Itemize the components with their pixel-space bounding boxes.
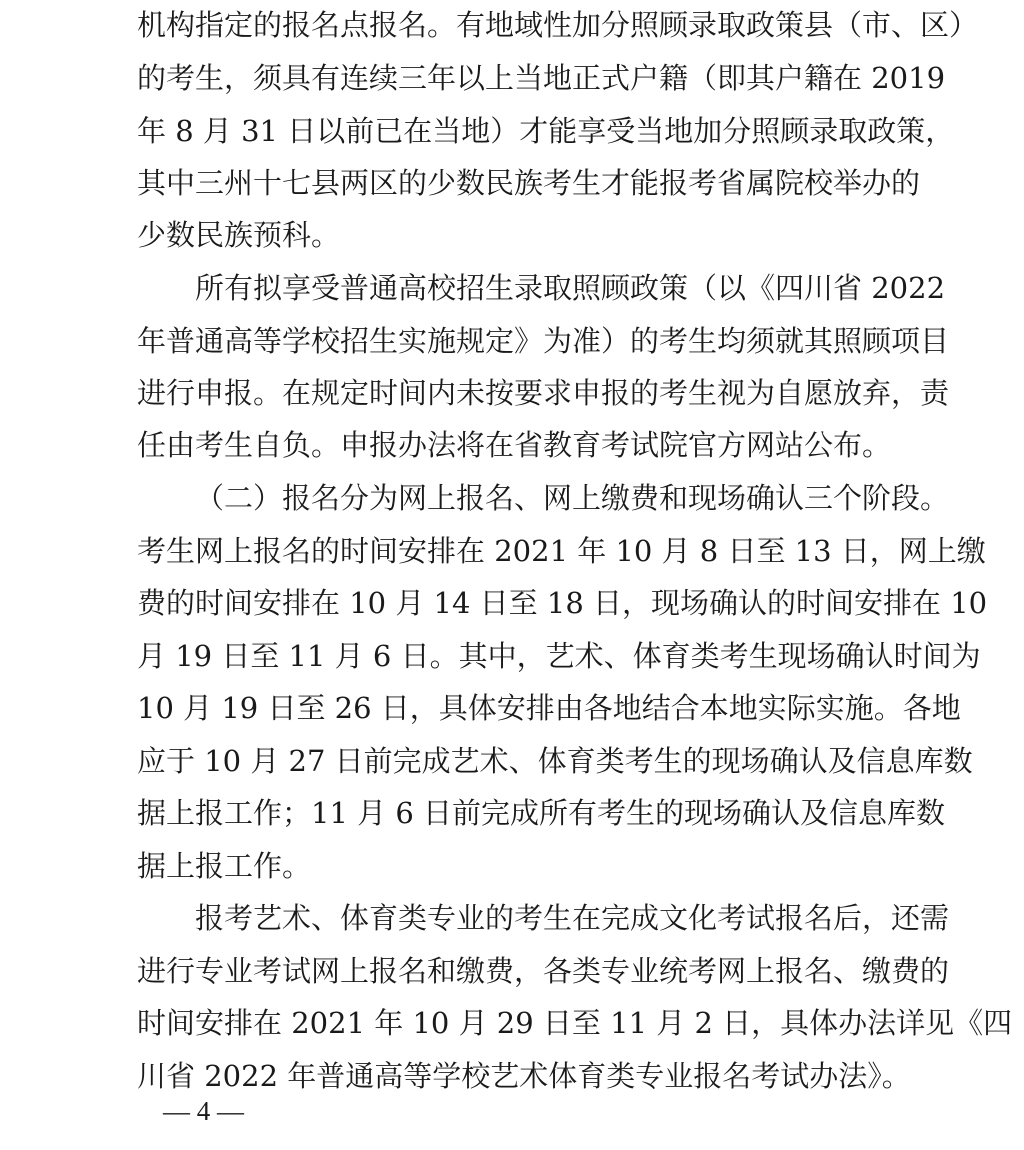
section-heading-line: （二）报名分为网上报名、网上缴费和现场确认三个阶段。 xyxy=(195,478,893,518)
text-line: 的考生，须具有连续三年以上当地正式户籍（即其户籍在 2019 xyxy=(137,58,893,98)
text-line: 考生网上报名的时间安排在 2021 年 10 月 8 日至 13 日，网上缴 xyxy=(137,531,893,571)
text-line: 机构指定的报名点报名。有地域性加分照顾录取政策县（市、区） xyxy=(137,5,893,45)
text-line: 时间安排在 2021 年 10 月 29 日至 11 月 2 日，具体办法详见《… xyxy=(137,1003,893,1043)
text-line: 年 8 月 31 日以前已在当地）才能享受当地加分照顾录取政策， xyxy=(137,111,893,151)
text-line: 据上报工作。 xyxy=(137,846,893,886)
text-line: 任由考生自负。申报办法将在省教育考试院官方网站公布。 xyxy=(137,425,893,465)
text-line: 据上报工作；11 月 6 日前完成所有考生的现场确认及信息库数 xyxy=(137,793,893,833)
text-line: 报考艺术、体育类专业的考生在完成文化考试报名后，还需 xyxy=(195,898,893,938)
text-line: 川省 2022 年普通高等学校艺术体育类专业报名考试办法》。 xyxy=(137,1056,893,1096)
document-page: 机构指定的报名点报名。有地域性加分照顾录取政策县（市、区） 的考生，须具有连续三… xyxy=(0,0,1024,1150)
text-line: 少数民族预科。 xyxy=(137,215,893,255)
text-line: 进行申报。在规定时间内未按要求申报的考生视为自愿放弃，责 xyxy=(137,373,893,413)
text-line: 月 19 日至 11 月 6 日。其中，艺术、体育类考生现场确认时间为 xyxy=(137,636,893,676)
text-line: 进行专业考试网上报名和缴费，各类专业统考网上报名、缴费的 xyxy=(137,951,893,991)
text-line: 10 月 19 日至 26 日，具体安排由各地结合本地实际实施。各地 xyxy=(137,688,893,728)
text-line: 其中三州十七县两区的少数民族考生才能报考省属院校举办的 xyxy=(137,163,893,203)
page-number: — 4 — xyxy=(163,1096,244,1126)
text-line: 年普通高等学校招生实施规定》为准）的考生均须就其照顾项目 xyxy=(137,321,893,361)
text-line: 所有拟享受普通高校招生录取照顾政策（以《四川省 2022 xyxy=(195,268,893,308)
text-line: 费的时间安排在 10 月 14 日至 18 日，现场确认的时间安排在 10 xyxy=(137,583,893,623)
text-line: 应于 10 月 27 日前完成艺术、体育类考生的现场确认及信息库数 xyxy=(137,741,893,781)
